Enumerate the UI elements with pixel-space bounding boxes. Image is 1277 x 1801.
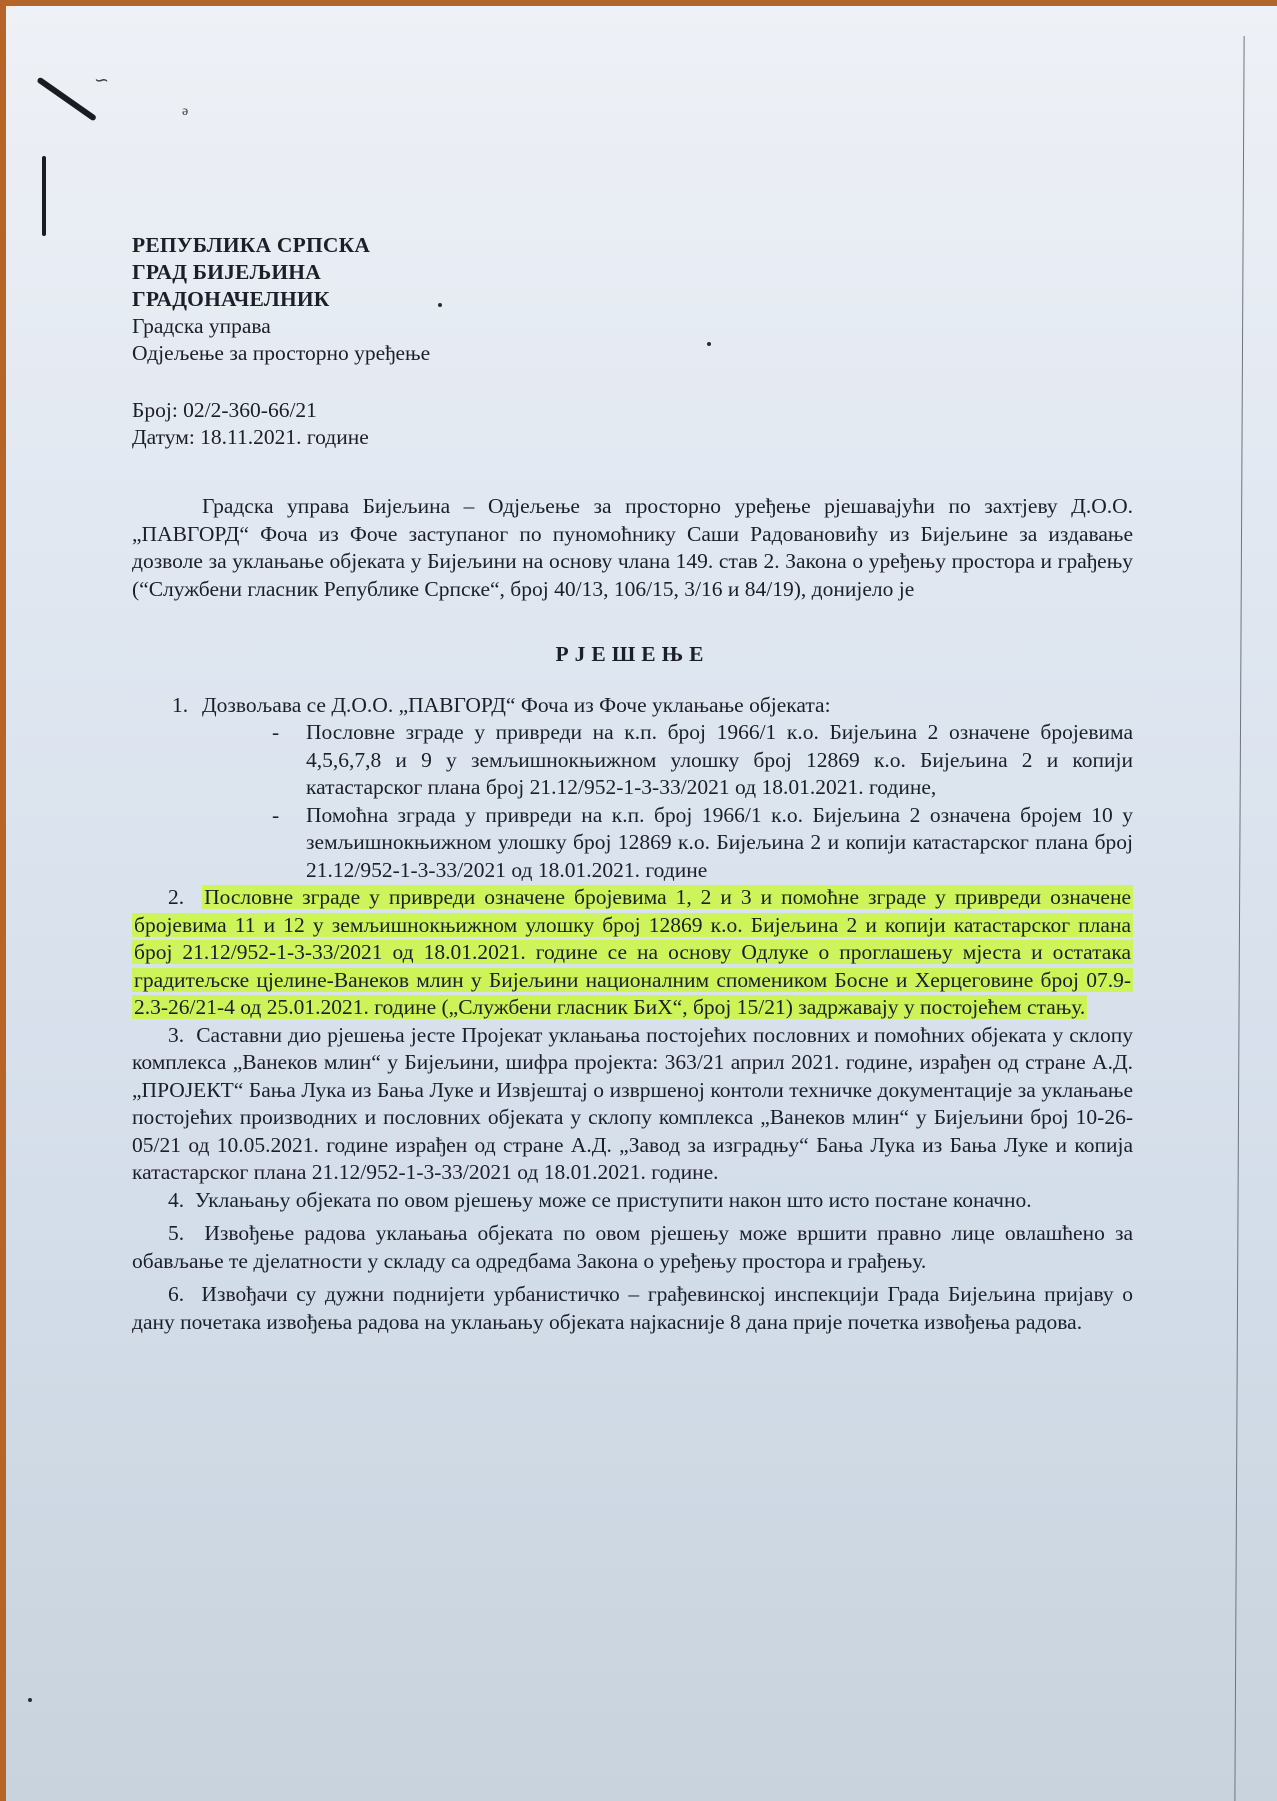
document-date: Датум: 18.11.2021. године: [132, 424, 430, 451]
header-city: ГРАД БИЈЕЉИНА: [132, 259, 430, 286]
item-text: Дозвољава се Д.О.О. „ПАВГОРД“ Фоча из Фо…: [202, 693, 831, 717]
decision-item-3: 3. Саставни дио рјешења јесте Пројекат у…: [132, 1022, 1133, 1187]
document-header: РЕПУБЛИКА СРПСКА ГРАД БИЈЕЉИНА ГРАДОНАЧЕ…: [132, 232, 430, 451]
speck: [438, 303, 442, 307]
page-edge-line: [1234, 36, 1244, 1801]
intro-paragraph: Градска управа Бијељина – Одјељење за пр…: [132, 493, 1133, 603]
speck: [28, 1698, 32, 1702]
decision-item-1: 1.Дозвољава се Д.О.О. „ПАВГОРД“ Фоча из …: [132, 692, 1133, 885]
subitem: -Помоћна зграда у привреди на к.п. број …: [306, 802, 1133, 885]
decision-item-6: 6. Извођачи су дужни поднијети урбанисти…: [132, 1281, 1133, 1336]
decision-item-2: 2. Пословне зграде у привреди означене б…: [132, 884, 1133, 1022]
handwritten-scribble-icon: ∽: [94, 70, 109, 91]
document-body: Градска управа Бијељина – Одјељење за пр…: [132, 493, 1133, 1336]
decision-title: РЈЕШЕЊЕ: [132, 641, 1133, 669]
subitem: -Пословне зграде у привреди на к.п. број…: [306, 719, 1133, 802]
handwritten-stroke-icon: [36, 77, 97, 122]
decision-items: 1.Дозвољава се Д.О.О. „ПАВГОРД“ Фоча из …: [132, 692, 1133, 1337]
item-1-sublist: -Пословне зграде у привреди на к.п. број…: [202, 719, 1133, 884]
decision-item-5: 5. Извођење радова уклањања објеката по …: [132, 1220, 1133, 1275]
header-administration: Градска управа: [132, 313, 430, 340]
document-number: Број: 02/2-360-66/21: [132, 397, 430, 424]
speck: [707, 342, 711, 346]
header-department: Одјељење за просторно уређење: [132, 340, 430, 367]
decision-item-4: 4. Уклањању објеката по овом рјешењу мож…: [132, 1187, 1133, 1215]
highlighted-text: Пословне зграде у привреди означене број…: [132, 885, 1133, 1019]
document-page: ∽ ə РЕПУБЛИКА СРПСКА ГРАД БИЈЕЉИНА ГРАДО…: [6, 6, 1277, 1801]
header-mayor: ГРАДОНАЧЕЛНИК: [132, 286, 430, 313]
handwritten-scribble-icon: ə: [182, 104, 188, 120]
header-republic: РЕПУБЛИКА СРПСКА: [132, 232, 430, 259]
handwritten-bar-icon: [42, 156, 46, 236]
